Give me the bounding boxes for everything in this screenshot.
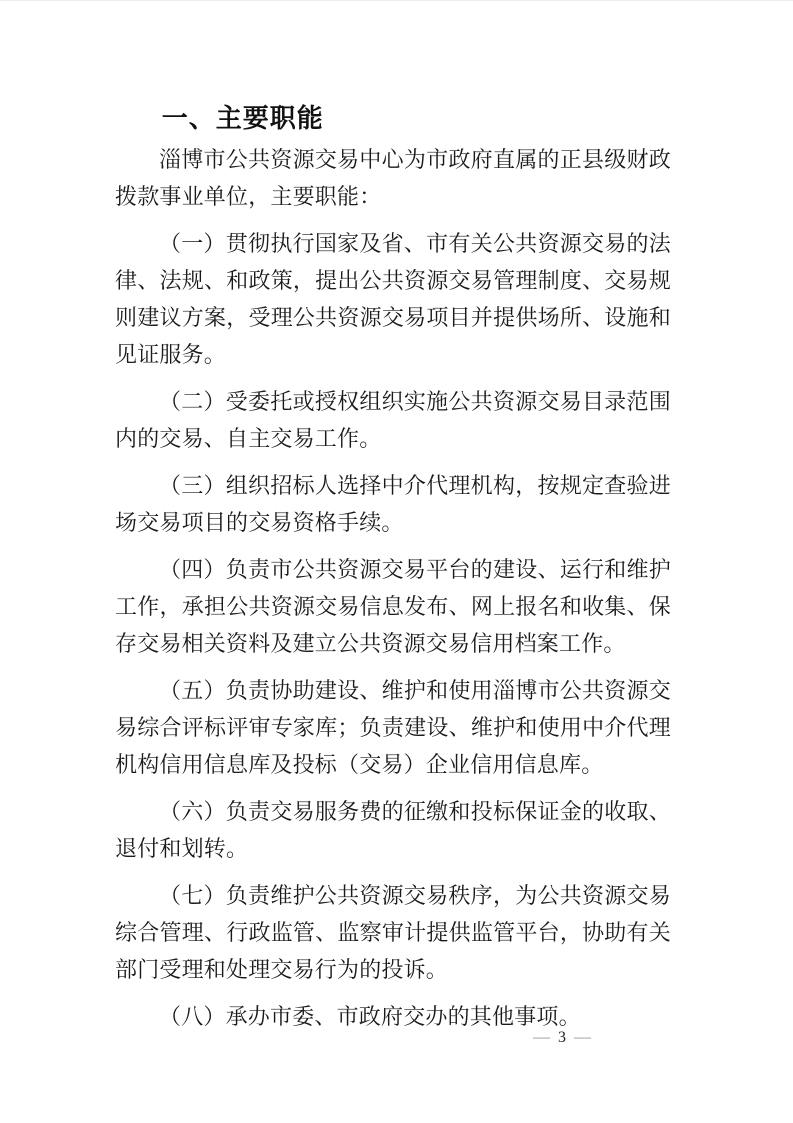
paragraph-item-3: （三）组织招标人选择中介代理机构，按规定查验进场交易项目的交易资格手续。 [115, 467, 671, 541]
paragraph-item-5: （五）负责协助建设、维护和使用淄博市公共资源交易综合评标评审专家库；负责建设、维… [115, 672, 671, 783]
page-number-dash-right: — [574, 1027, 591, 1046]
document-body: 一、主要职能 淄博市公共资源交易中心为市政府直属的正县级财政拨款事业单位，主要职… [115, 102, 671, 1045]
section-heading: 一、主要职能 [115, 102, 671, 135]
paragraph-item-4: （四）负责市公共资源交易平台的建设、运行和维护工作，承担公共资源交易信息发布、网… [115, 551, 671, 662]
paragraph-intro: 淄博市公共资源交易中心为市政府直属的正县级财政拨款事业单位，主要职能： [115, 141, 671, 215]
page-number: 3 [558, 1029, 566, 1046]
page-number-dash-left: — [533, 1027, 550, 1046]
document-page: 一、主要职能 淄博市公共资源交易中心为市政府直属的正县级财政拨款事业单位，主要职… [0, 0, 793, 1123]
paragraph-item-6: （六）负责交易服务费的征缴和投标保证金的收取、退付和划转。 [115, 793, 671, 867]
paragraph-item-1: （一）贯彻执行国家及省、市有关公共资源交易的法律、法规、和政策，提出公共资源交易… [115, 225, 671, 373]
paragraph-item-7: （七）负责维护公共资源交易秩序，为公共资源交易综合管理、行政监管、监察审计提供监… [115, 877, 671, 988]
page-number-footer: —3— [497, 1027, 627, 1048]
paragraph-item-2: （二）受委托或授权组织实施公共资源交易目录范围内的交易、自主交易工作。 [115, 383, 671, 457]
